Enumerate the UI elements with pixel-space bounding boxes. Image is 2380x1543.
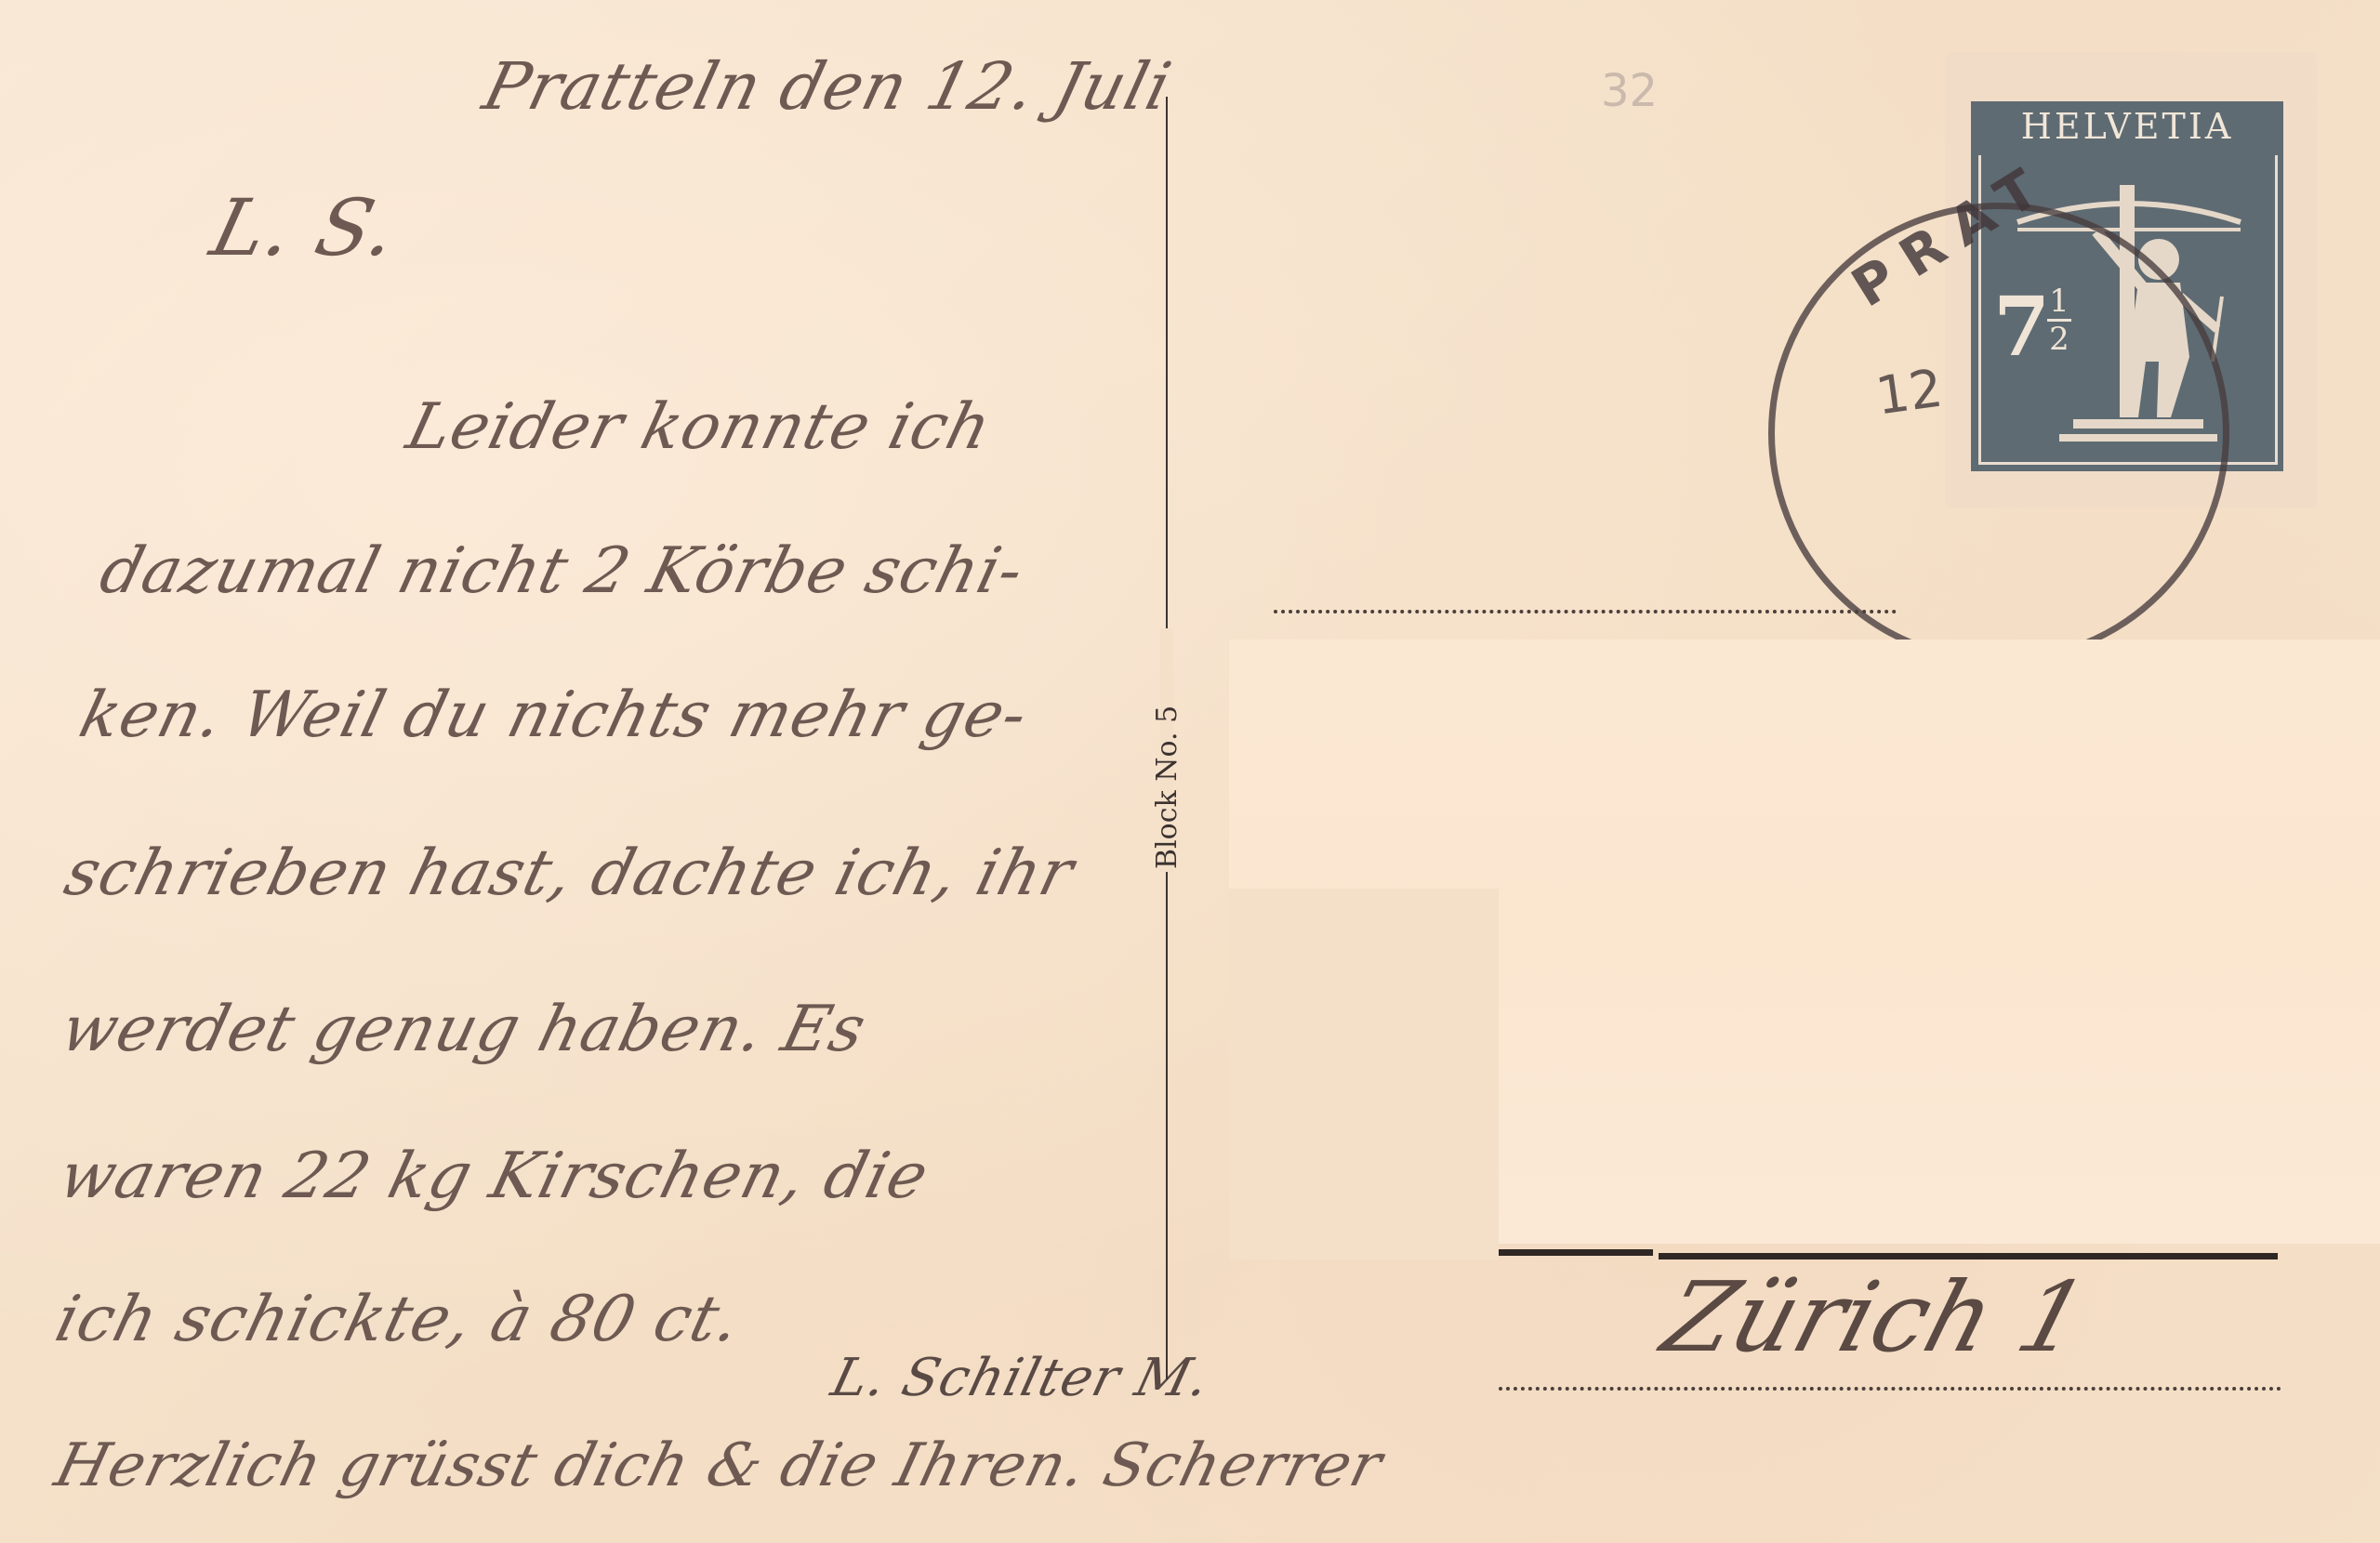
- message-line-5: werdet genug haben. Es: [54, 993, 874, 1066]
- block-label-text: Block No. 5: [1151, 706, 1183, 869]
- signature: L. Schilter M.: [826, 1348, 1216, 1408]
- message-line-6: waren 22 kg Kirschen, die: [52, 1140, 936, 1213]
- postcard: Pratteln den 12. Juli L. S. Leider konnt…: [0, 0, 2380, 1543]
- closing-line: Herzlich grüsst dich & die Ihren. Scherr…: [48, 1431, 1389, 1500]
- address-line-1: [1274, 610, 1897, 613]
- address-rule-short: [1499, 1249, 1653, 1256]
- message-line-7: ich schickte, à 80 ct.: [48, 1283, 748, 1356]
- message-line-4: schrieben hast, dachte ich, ihr: [58, 837, 1081, 910]
- message-line-1: Leider konnte ich: [400, 390, 998, 464]
- address-city: Zürich 1: [1652, 1260, 2100, 1374]
- message-line-3: ken. Weil du nichts mehr ge-: [73, 679, 1035, 752]
- address-line-city: [1499, 1387, 2281, 1391]
- postmark-date: 12: [1872, 358, 1947, 427]
- address-rule-long: [1659, 1253, 2278, 1259]
- place-date: Pratteln den 12. Juli: [476, 48, 1179, 125]
- message-line-2: dazumal nicht 2 Körbe schi-: [93, 534, 1031, 608]
- redacted-address-margin: [1229, 889, 1499, 1260]
- salutation: L. S.: [203, 182, 407, 273]
- postmark-ring: [1768, 203, 2229, 664]
- stamp-country: HELVETIA: [1971, 101, 2283, 150]
- pencil-mark: 32: [1601, 65, 1658, 117]
